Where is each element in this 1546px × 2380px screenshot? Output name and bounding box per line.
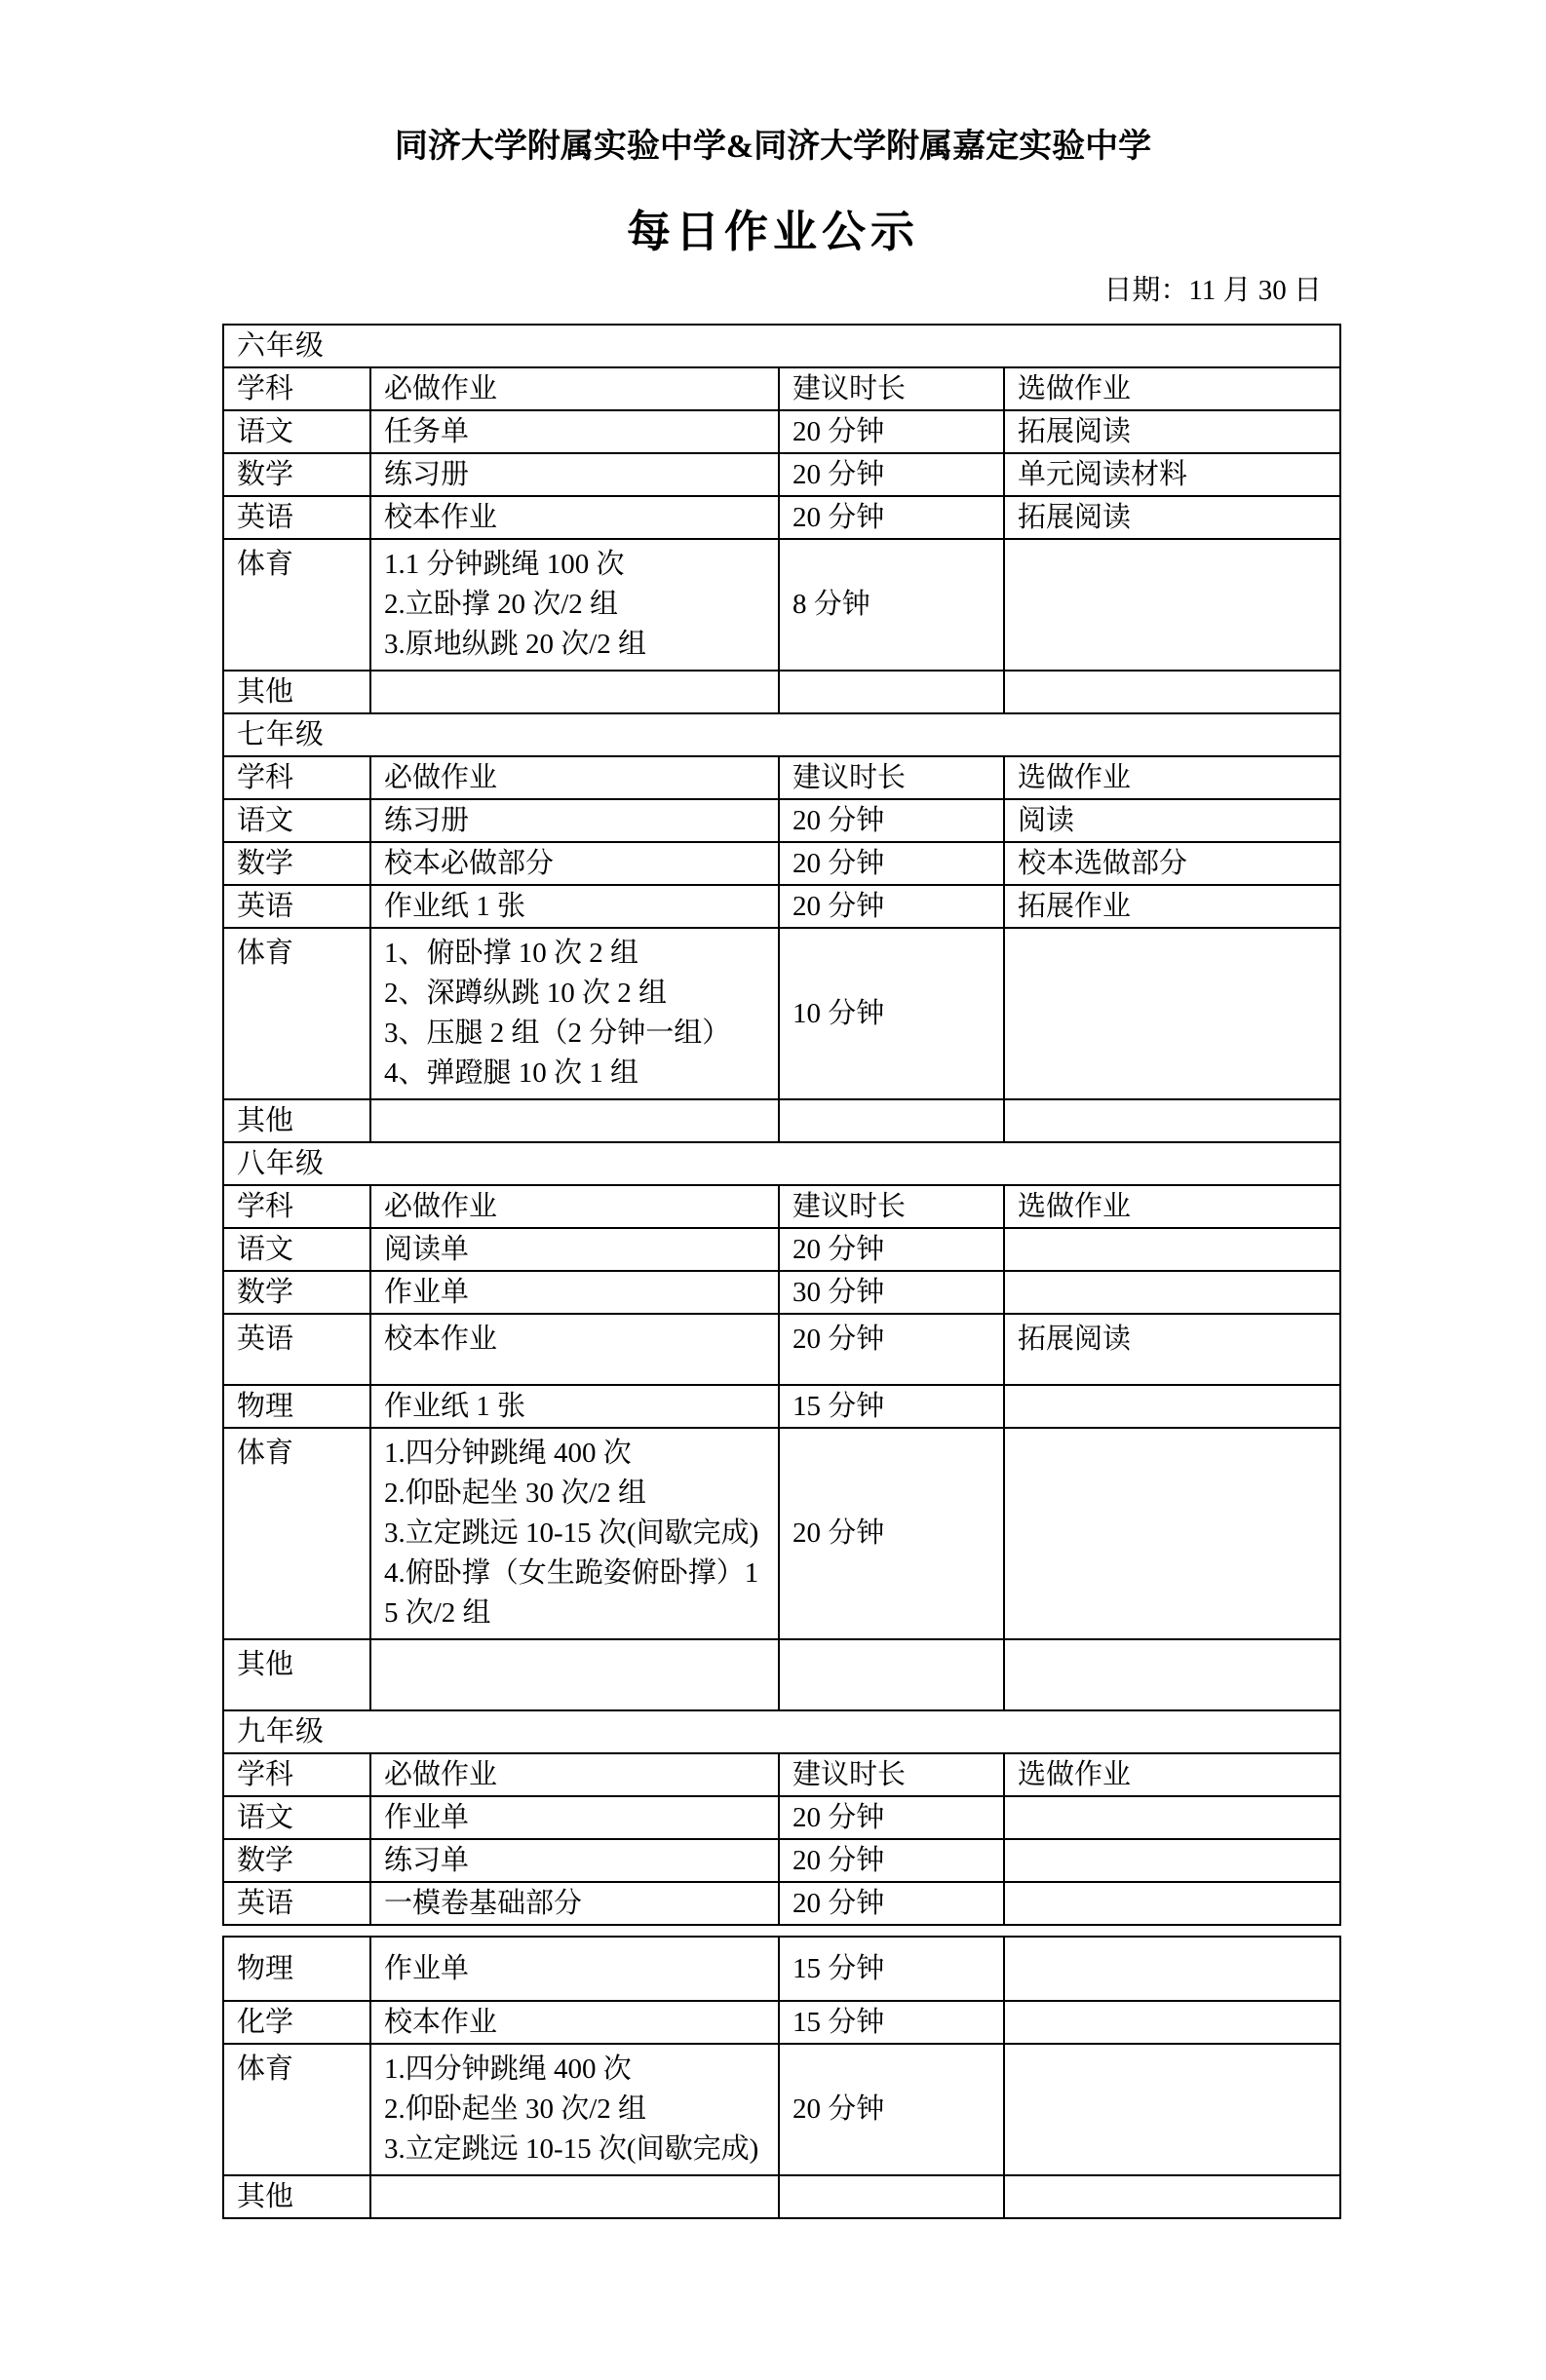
column-header-row: 学科必做作业建议时长选做作业 [223,1185,1340,1228]
duration-cell: 20 分钟 [779,2044,1004,2175]
duration-cell: 20 分钟 [779,799,1004,842]
table-row: 语文练习册20 分钟阅读 [223,799,1340,842]
column-header: 建议时长 [779,1753,1004,1796]
table-row: 数学练习单20 分钟 [223,1839,1340,1882]
duration-cell: 20 分钟 [779,1314,1004,1385]
required-cell: 任务单 [370,410,779,453]
required-cell: 练习单 [370,1839,779,1882]
table-row: 语文阅读单20 分钟 [223,1228,1340,1271]
duration-cell: 20 分钟 [779,1428,1004,1639]
subject-cell: 语文 [223,1796,370,1839]
required-item: 作业单 [384,1949,772,1989]
required-item: 阅读单 [384,1230,772,1270]
table-row: 语文作业单20 分钟 [223,1796,1340,1839]
subject-cell: 体育 [223,2044,370,2175]
column-header: 选做作业 [1004,1753,1340,1796]
school-title: 同济大学附属实验中学&同济大学附属嘉定实验中学 [0,0,1546,168]
column-header: 建议时长 [779,367,1004,410]
optional-cell [1004,2001,1340,2044]
required-cell: 作业纸 1 张 [370,885,779,928]
required-item: 校本作业 [384,498,772,538]
column-header: 建议时长 [779,756,1004,799]
table-row: 数学练习册20 分钟单元阅读材料 [223,453,1340,496]
optional-cell [1004,1882,1340,1925]
duration-cell: 15 分钟 [779,1937,1004,2001]
table-row: 数学校本必做部分20 分钟校本选做部分 [223,842,1340,885]
subject-cell: 物理 [223,1385,370,1428]
subject-cell: 数学 [223,1839,370,1882]
optional-cell [1004,2044,1340,2175]
table-row: 物理作业单15 分钟 [223,1937,1340,2001]
required-cell: 作业单 [370,1937,779,2001]
grade-section-title: 九年级 [223,1710,1340,1753]
required-cell: 作业纸 1 张 [370,1385,779,1428]
optional-cell: 拓展作业 [1004,885,1340,928]
duration-cell: 20 分钟 [779,410,1004,453]
table-row: 物理作业纸 1 张15 分钟 [223,1385,1340,1428]
duration-cell: 20 分钟 [779,1882,1004,1925]
table-row: 体育1、俯卧撑 10 次 2 组2、深蹲纵跳 10 次 2 组3、压腿 2 组（… [223,928,1340,1099]
required-cell: 1.四分钟跳绳 400 次2.仰卧起坐 30 次/2 组3.立定跳远 10-15… [370,2044,779,2175]
subject-cell: 英语 [223,1882,370,1925]
subject-cell: 物理 [223,1937,370,2001]
required-item: 任务单 [384,412,772,452]
column-header: 必做作业 [370,1753,779,1796]
homework-table: 物理作业单15 分钟化学校本作业15 分钟体育1.四分钟跳绳 400 次2.仰卧… [222,1936,1341,2219]
required-cell: 1、俯卧撑 10 次 2 组2、深蹲纵跳 10 次 2 组3、压腿 2 组（2 … [370,928,779,1099]
subject-cell: 数学 [223,453,370,496]
column-header: 学科 [223,756,370,799]
optional-cell: 单元阅读材料 [1004,453,1340,496]
optional-cell [1004,1428,1340,1639]
table-row: 语文任务单20 分钟拓展阅读 [223,410,1340,453]
subject-cell: 体育 [223,1428,370,1639]
duration-cell: 20 分钟 [779,885,1004,928]
optional-cell [1004,1839,1340,1882]
required-cell: 一模卷基础部分 [370,1882,779,1925]
table-row: 体育1.1 分钟跳绳 100 次2.立卧撑 20 次/2 组3.原地纵跳 20 … [223,539,1340,671]
duration-cell [779,2175,1004,2218]
column-header: 选做作业 [1004,1185,1340,1228]
duration-cell: 8 分钟 [779,539,1004,671]
grade-section-title: 八年级 [223,1142,1340,1185]
required-cell: 作业单 [370,1271,779,1314]
grade-section-row: 六年级 [223,325,1340,367]
required-item: 1、俯卧撑 10 次 2 组 [384,934,772,974]
optional-cell [1004,539,1340,671]
subject-cell: 语文 [223,410,370,453]
duration-cell: 20 分钟 [779,842,1004,885]
subject-cell: 化学 [223,2001,370,2044]
table-row: 英语作业纸 1 张20 分钟拓展作业 [223,885,1340,928]
required-item: 3.立定跳远 10-15 次(间歇完成) [384,1514,772,1554]
column-header-row: 学科必做作业建议时长选做作业 [223,1753,1340,1796]
required-item: 作业纸 1 张 [384,887,772,927]
required-cell: 1.1 分钟跳绳 100 次2.立卧撑 20 次/2 组3.原地纵跳 20 次/… [370,539,779,671]
grade-section-title: 七年级 [223,713,1340,756]
required-cell: 练习册 [370,453,779,496]
required-cell: 阅读单 [370,1228,779,1271]
required-cell [370,1639,779,1710]
table-row: 其他 [223,1099,1340,1142]
required-item: 2.仰卧起坐 30 次/2 组 [384,1474,772,1514]
grade-section-row: 八年级 [223,1142,1340,1185]
duration-cell: 10 分钟 [779,928,1004,1099]
table-row: 其他 [223,1639,1340,1710]
optional-cell: 拓展阅读 [1004,410,1340,453]
column-header: 学科 [223,1753,370,1796]
duration-cell [779,1639,1004,1710]
required-item: 作业单 [384,1273,772,1313]
optional-cell: 阅读 [1004,799,1340,842]
subject-cell: 体育 [223,539,370,671]
optional-cell [1004,928,1340,1099]
required-item: 练习单 [384,1841,772,1881]
duration-cell [779,1099,1004,1142]
optional-cell [1004,2175,1340,2218]
required-cell: 校本作业 [370,2001,779,2044]
optional-cell [1004,1639,1340,1710]
column-header: 建议时长 [779,1185,1004,1228]
table-row: 英语校本作业20 分钟拓展阅读 [223,496,1340,539]
table-row: 体育1.四分钟跳绳 400 次2.仰卧起坐 30 次/2 组3.立定跳远 10-… [223,2044,1340,2175]
optional-cell [1004,1271,1340,1314]
required-item: 作业纸 1 张 [384,1387,772,1427]
subject-cell: 语文 [223,799,370,842]
required-cell: 校本必做部分 [370,842,779,885]
column-header-row: 学科必做作业建议时长选做作业 [223,367,1340,410]
required-item: 校本作业 [384,1320,772,1360]
duration-cell: 15 分钟 [779,2001,1004,2044]
duration-cell: 20 分钟 [779,1228,1004,1271]
required-item: 校本必做部分 [384,844,772,884]
document-page: 同济大学附属实验中学&同济大学附属嘉定实验中学 每日作业公示 日期：11 月 3… [0,0,1546,2380]
required-item: 1.四分钟跳绳 400 次 [384,2050,772,2090]
subject-cell: 英语 [223,885,370,928]
optional-cell [1004,1099,1340,1142]
required-cell [370,1099,779,1142]
grade-section-row: 七年级 [223,713,1340,756]
duration-cell: 20 分钟 [779,1796,1004,1839]
required-item: 3.原地纵跳 20 次/2 组 [384,625,772,665]
table-row: 其他 [223,2175,1340,2218]
required-item: 3.立定跳远 10-15 次(间歇完成) [384,2130,772,2169]
subject-cell: 英语 [223,496,370,539]
subject-cell: 其他 [223,671,370,713]
column-header: 必做作业 [370,367,779,410]
subject-cell: 其他 [223,2175,370,2218]
required-cell [370,671,779,713]
required-item: 1.四分钟跳绳 400 次 [384,1434,772,1474]
required-item: 4、弹蹬腿 10 次 1 组 [384,1054,772,1094]
required-item: 3、压腿 2 组（2 分钟一组） [384,1014,772,1054]
required-item: 练习册 [384,455,772,495]
table-row: 数学作业单30 分钟 [223,1271,1340,1314]
required-item: 作业单 [384,1798,772,1838]
column-header: 必做作业 [370,1185,779,1228]
subject-cell: 其他 [223,1639,370,1710]
required-item: 2、深蹲纵跳 10 次 2 组 [384,974,772,1014]
optional-cell [1004,1937,1340,2001]
subject-cell: 数学 [223,1271,370,1314]
table-row: 其他 [223,671,1340,713]
column-header-row: 学科必做作业建议时长选做作业 [223,756,1340,799]
subject-cell: 英语 [223,1314,370,1385]
grade-section-title: 六年级 [223,325,1340,367]
optional-cell: 校本选做部分 [1004,842,1340,885]
subject-cell: 其他 [223,1099,370,1142]
required-item: 2.仰卧起坐 30 次/2 组 [384,2090,772,2130]
subject-cell: 语文 [223,1228,370,1271]
duration-cell [779,671,1004,713]
optional-cell [1004,1385,1340,1428]
date-label: 日期：11 月 30 日 [222,273,1339,308]
column-header: 学科 [223,367,370,410]
required-item: 4.俯卧撑（女生跪姿俯卧撑）15 次/2 组 [384,1554,772,1633]
subject-cell: 体育 [223,928,370,1099]
duration-cell: 20 分钟 [779,453,1004,496]
column-header: 选做作业 [1004,367,1340,410]
optional-cell: 拓展阅读 [1004,496,1340,539]
optional-cell [1004,1796,1340,1839]
required-cell: 练习册 [370,799,779,842]
optional-cell: 拓展阅读 [1004,1314,1340,1385]
required-cell: 1.四分钟跳绳 400 次2.仰卧起坐 30 次/2 组3.立定跳远 10-15… [370,1428,779,1639]
required-cell [370,2175,779,2218]
duration-cell: 15 分钟 [779,1385,1004,1428]
table-row: 化学校本作业15 分钟 [223,2001,1340,2044]
required-item: 1.1 分钟跳绳 100 次 [384,545,772,585]
duration-cell: 30 分钟 [779,1271,1004,1314]
table-gap [0,1926,1546,1936]
required-cell: 校本作业 [370,1314,779,1385]
required-item: 2.立卧撑 20 次/2 组 [384,585,772,625]
subject-cell: 数学 [223,842,370,885]
column-header: 学科 [223,1185,370,1228]
required-cell: 校本作业 [370,496,779,539]
duration-cell: 20 分钟 [779,1839,1004,1882]
doc-title: 每日作业公示 [0,205,1546,259]
grade-section-row: 九年级 [223,1710,1340,1753]
table-row: 体育1.四分钟跳绳 400 次2.仰卧起坐 30 次/2 组3.立定跳远 10-… [223,1428,1340,1639]
table-row: 英语校本作业20 分钟拓展阅读 [223,1314,1340,1385]
homework-tables: 六年级学科必做作业建议时长选做作业语文任务单20 分钟拓展阅读数学练习册20 分… [0,324,1546,2219]
table-row: 英语一模卷基础部分20 分钟 [223,1882,1340,1925]
optional-cell [1004,671,1340,713]
column-header: 选做作业 [1004,756,1340,799]
homework-table: 六年级学科必做作业建议时长选做作业语文任务单20 分钟拓展阅读数学练习册20 分… [222,324,1341,1926]
required-item: 校本作业 [384,2003,772,2043]
required-item: 练习册 [384,801,772,841]
optional-cell [1004,1228,1340,1271]
column-header: 必做作业 [370,756,779,799]
duration-cell: 20 分钟 [779,496,1004,539]
required-item: 一模卷基础部分 [384,1884,772,1924]
required-cell: 作业单 [370,1796,779,1839]
